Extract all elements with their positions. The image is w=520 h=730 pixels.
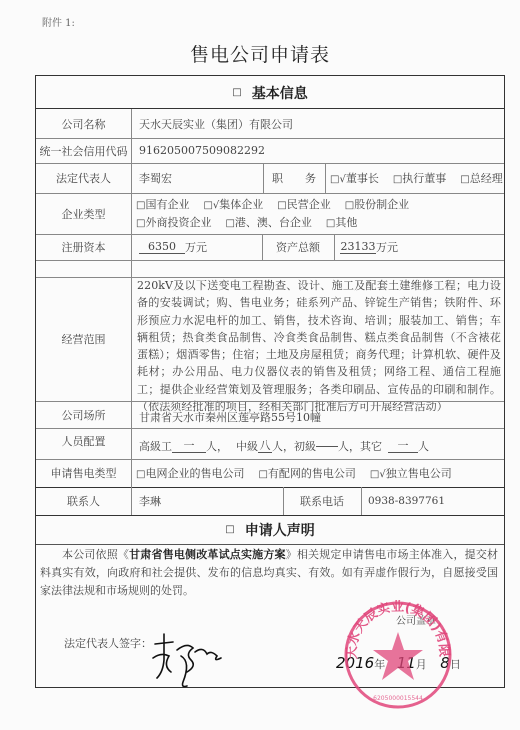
section-header-basic-info: □ 基本信息	[36, 76, 504, 109]
checkbox-icon[interactable]: □	[345, 200, 354, 211]
label-company-address: 公司场所	[36, 401, 131, 428]
label-position: 职 务	[263, 163, 325, 193]
label-company-name: 公司名称	[36, 109, 131, 138]
label-total-assets: 资产总额	[262, 234, 334, 260]
regulation-title: 甘肃省售电侧改革试点实施方案	[129, 548, 286, 561]
checkbox-icon[interactable]: □	[258, 469, 267, 480]
checkbox-checked-icon[interactable]: □√	[203, 200, 219, 211]
staffing-mid-value: 八	[258, 440, 272, 453]
legal-rep-value: 李蜀宏	[139, 163, 172, 193]
date-year: 2016	[336, 654, 374, 672]
checkbox-checked-icon[interactable]: □√	[370, 469, 386, 480]
contact-value: 李琳	[139, 487, 161, 515]
staffing-junior-value	[316, 446, 338, 447]
sale-type-with-distribution[interactable]: □有配网的售电公司	[258, 465, 355, 481]
sale-type-grid-enterprise[interactable]: □电网企业的售电公司	[136, 465, 244, 481]
label-business-scope: 经营范围	[36, 277, 131, 401]
enterprise-type-hk-macau-taiwan[interactable]: □港、澳、台企业	[225, 214, 311, 230]
registered-capital-field: 6350 万元	[139, 234, 207, 260]
company-address-value: 甘肃省天水市秦州区莲亭路55号10幢	[139, 403, 321, 430]
checkbox-checked-icon[interactable]: □√	[330, 174, 346, 185]
company-name-value: 天水天辰实业（集团）有限公司	[139, 109, 293, 138]
application-form: □ 基本信息 公司名称 天水天辰实业（集团）有限公司 统一社会信用代码 9162…	[35, 75, 505, 688]
total-assets-field: 23133 万元	[340, 234, 398, 260]
business-scope-value: 220kV及以下送变电工程勘查、设计、施工及配套土建维修工程；电力设备的安装调试…	[137, 277, 501, 415]
section-header-declaration: □ 申请人声明	[36, 515, 504, 544]
form-title: 售电公司申请表	[0, 40, 520, 67]
sale-type-options: □电网企业的售电公司 □有配网的售电公司 □√独立售电公司	[136, 459, 452, 487]
section-title: 基本信息	[252, 83, 308, 103]
enterprise-type-row1: □国有企业 □√集体企业 □民营企业 □股份制企业	[136, 195, 409, 213]
credit-code-value: 916205007509082292	[139, 138, 265, 163]
position-options: □√董事长 □执行董事 □总经理	[330, 163, 503, 193]
label-contact: 联系人	[36, 487, 131, 515]
contact-phone-value: 0938-8397761	[368, 487, 445, 515]
label-sale-type: 申请售电类型	[36, 459, 131, 487]
position-chairman-option[interactable]: □√董事长	[330, 170, 379, 186]
enterprise-type-private[interactable]: □民营企业	[277, 196, 330, 212]
checkbox-icon[interactable]: □	[225, 218, 234, 229]
checkbox-icon[interactable]: □	[460, 174, 469, 185]
label-contact-phone: 联系电话	[283, 487, 361, 515]
checkbox-icon[interactable]: □	[393, 174, 402, 185]
signature-date: 2016年 11月 8日	[336, 654, 461, 672]
label-staffing: 人员配置	[36, 428, 131, 454]
enterprise-type-other[interactable]: □其他	[326, 214, 357, 230]
staffing-senior-value: 一	[172, 440, 206, 453]
label-credit-code: 统一社会信用代码	[36, 138, 131, 163]
position-general-manager-option[interactable]: □总经理	[460, 170, 502, 186]
total-assets-value: 23133	[340, 241, 376, 254]
checkbox-icon[interactable]: □	[277, 200, 286, 211]
enterprise-type-row2: □外商投资企业 □港、澳、台企业 □其他	[136, 213, 357, 231]
date-day: 8	[440, 654, 450, 672]
staffing-field: 高級工一人， 中級八人， 初級人， 其它一人	[139, 433, 429, 459]
seal-label: 公司盖章	[396, 612, 436, 627]
signature-label: 法定代表人签字：	[64, 635, 152, 651]
label-registered-capital: 注册资本	[36, 234, 131, 260]
staffing-other-value: 一	[388, 440, 418, 453]
enterprise-type-foreign[interactable]: □外商投资企业	[136, 214, 211, 230]
label-legal-rep: 法定代表人	[36, 163, 131, 193]
date-month: 11	[397, 654, 416, 672]
section-checkbox-icon: □	[232, 87, 241, 98]
attachment-label: 附件 1:	[42, 14, 75, 29]
section-title: 申请人声明	[245, 520, 315, 540]
declaration-text: 本公司依照《甘肃省售电侧改革试点实施方案》相关规定申请售电市场主体准入，提交材料…	[40, 546, 498, 600]
position-executive-director-option[interactable]: □执行董事	[393, 170, 446, 186]
checkbox-icon[interactable]: □	[326, 218, 335, 229]
section-checkbox-icon: □	[225, 524, 234, 535]
enterprise-type-collective[interactable]: □√集体企业	[203, 196, 263, 212]
label-enterprise-type: 企业类型	[36, 193, 131, 234]
enterprise-type-joint-stock[interactable]: □股份制企业	[345, 196, 409, 212]
svg-text:6205000015544: 6205000015544	[373, 695, 423, 702]
sale-type-independent[interactable]: □√独立售电公司	[370, 465, 452, 481]
registered-capital-value: 6350	[139, 241, 185, 254]
enterprise-type-state-owned[interactable]: □国有企业	[136, 196, 189, 212]
